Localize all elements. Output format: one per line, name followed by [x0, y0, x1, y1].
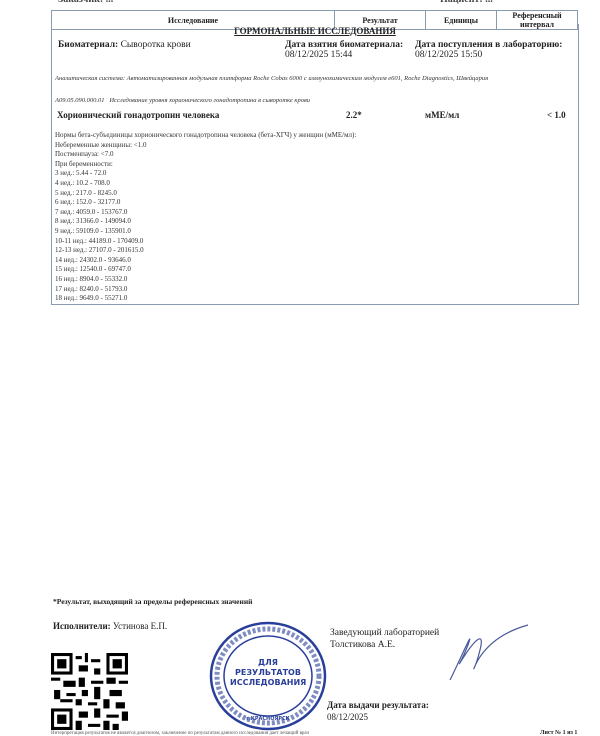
head-title: Заведующий лабораторией	[330, 627, 439, 639]
biomaterial-value: Сыворотка крови	[121, 40, 191, 50]
stamp-text: ДЛЯ РЕЗУЛЬТАТОВ ИССЛЕДОВАНИЯ	[230, 658, 306, 688]
page-number: Лист № 1 из 1	[540, 730, 577, 736]
head-name: Толстикова А.Е.	[330, 639, 439, 651]
test-code: A09.05.090.000.01	[55, 97, 104, 104]
performers: Исполнители: Устинова Е.П.	[53, 621, 167, 631]
analytic-system: Аналитическая система: Автоматизированна…	[55, 74, 570, 83]
qr-code	[51, 653, 128, 730]
performers-label: Исполнители:	[53, 621, 111, 631]
lab-head: Заведующий лабораторией Толстикова А.Е.	[330, 627, 439, 651]
test-code-line: A09.05.090.000.01 Исследование уровня хо…	[55, 96, 310, 105]
received-value: 08/12/2025 15:50	[415, 50, 482, 60]
stamp-line: ДЛЯ	[230, 658, 306, 668]
collection-value: 08/12/2025 15:44	[285, 50, 352, 60]
norm-line: 18 нед.: 9649.0 - 55271.0	[55, 294, 356, 304]
result-reference: < 1.0	[547, 110, 566, 120]
norm-line: Небеременные женщины: <1.0	[55, 141, 356, 151]
norm-line: 8 нед.: 31366.0 - 149094.0	[55, 217, 356, 227]
issue-label: Дата выдачи результата:	[327, 700, 429, 710]
norm-line: 9 нед.: 59109.0 - 135901.0	[55, 227, 356, 237]
top-cut-left: Заказчик: ...	[58, 0, 113, 5]
results-section: ГОРМОНАЛЬНЫЕ ИССЛЕДОВАНИЯ Биоматериал: С…	[51, 24, 579, 305]
norm-line: 10-11 нед.: 44189.0 - 170409.0	[55, 237, 356, 247]
result-name: Хорионический гонадотропин человека	[57, 110, 219, 120]
issue-value: 08/12/2025	[327, 712, 368, 722]
disclaimer: Интерпретация результатов не является ди…	[51, 731, 309, 736]
collection-date: Дата взятия биоматериала: 08/12/2025 15:…	[285, 40, 403, 60]
norm-line: 16 нед.: 8904.0 - 55332.0	[55, 275, 356, 285]
norm-line: 12-13 нед.: 27107.0 - 201615.0	[55, 246, 356, 256]
norm-line: 17 нед.: 8240.0 - 51793.0	[55, 285, 356, 295]
norm-line: 3 нед.: 5.44 - 72.0	[55, 169, 356, 179]
norm-line: 7 нед.: 4059.0 - 153767.0	[55, 208, 356, 218]
norm-line: При беременности:	[55, 160, 356, 170]
reference-norms: Нормы бета-субъединицы хорионического го…	[55, 131, 356, 304]
norm-line: 6 нед.: 152.0 - 32177.0	[55, 198, 356, 208]
top-cut-right: Пациент: ...	[440, 0, 493, 5]
test-description: Исследование уровня хорионического гонад…	[109, 97, 310, 104]
lab-stamp: ДЛЯ РЕЗУЛЬТАТОВ ИССЛЕДОВАНИЯ г.КРАСНОЯРС…	[208, 620, 328, 732]
norm-line: 15 нед.: 12540.0 - 69747.0	[55, 265, 356, 275]
norm-line: 14 нед.: 24302.0 - 93646.0	[55, 256, 356, 266]
result-value: 2.2*	[346, 110, 362, 120]
biomaterial: Биоматериал: Сыворотка крови	[58, 40, 191, 50]
signature-icon	[440, 620, 530, 695]
stamp-line: ИССЛЕДОВАНИЯ	[230, 678, 306, 688]
result-units: мМЕ/мл	[425, 110, 459, 120]
performers-value: Устинова Е.П.	[113, 621, 167, 631]
norm-line: 5 нед.: 217.0 - 8245.0	[55, 189, 356, 199]
stamp-line: РЕЗУЛЬТАТОВ	[230, 668, 306, 678]
norms-title: Нормы бета-субъединицы хорионического го…	[55, 131, 356, 141]
stamp-city: г.КРАСНОЯРСК	[243, 716, 293, 722]
received-label: Дата поступления в лабораторию:	[415, 40, 562, 50]
collection-label: Дата взятия биоматериала:	[285, 40, 403, 50]
issue-date: Дата выдачи результата: 08/12/2025	[327, 699, 429, 723]
out-of-range-note: *Результат, выходящий за пределы референ…	[53, 597, 252, 606]
biomaterial-label: Биоматериал:	[58, 40, 118, 50]
norm-line: 4 нед.: 10.2 - 708.0	[55, 179, 356, 189]
section-title: ГОРМОНАЛЬНЫЕ ИССЛЕДОВАНИЯ	[52, 26, 578, 36]
norm-line: Постменпауза: <7.0	[55, 150, 356, 160]
received-date: Дата поступления в лабораторию: 08/12/20…	[415, 40, 562, 60]
